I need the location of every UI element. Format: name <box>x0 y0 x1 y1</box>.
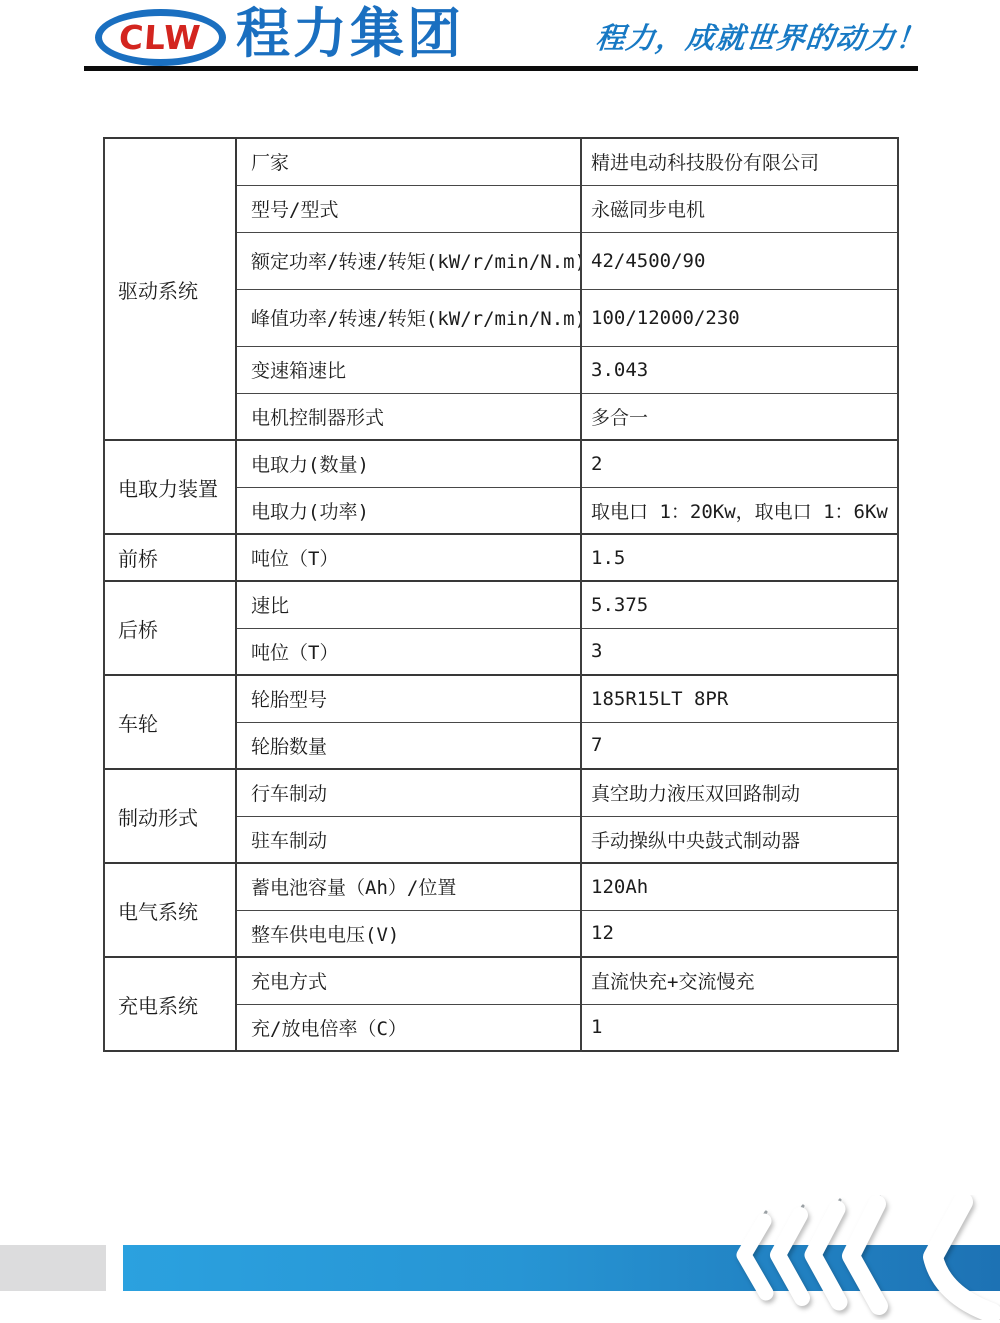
company-name: 程力集团 <box>236 4 464 63</box>
category-cell: 车轮 <box>104 675 236 769</box>
value-cell: 1.5 <box>581 534 898 581</box>
table-row: 车轮轮胎型号185R15LT 8PR <box>104 675 898 722</box>
param-cell: 电取力(功率) <box>236 487 581 534</box>
table-row: 电取力装置电取力(数量)2 <box>104 440 898 487</box>
param-cell: 吨位（T） <box>236 534 581 581</box>
value-cell: 取电口 1：20Kw，取电口 1：6Kw <box>581 487 898 534</box>
value-cell: 1 <box>581 1004 898 1051</box>
spec-sheet-page: CLW 程力集团 程力，成就世界的动力！ 驱动系统厂家精进电动科技股份有限公司型… <box>0 0 1000 1323</box>
value-cell: 多合一 <box>581 393 898 440</box>
header-divider-rule <box>84 66 918 71</box>
param-cell: 型号/型式 <box>236 185 581 232</box>
spec-table-body: 驱动系统厂家精进电动科技股份有限公司型号/型式永磁同步电机额定功率/转速/转矩(… <box>104 138 898 1051</box>
category-cell: 前桥 <box>104 534 236 581</box>
category-cell: 充电系统 <box>104 957 236 1051</box>
value-cell: 精进电动科技股份有限公司 <box>581 138 898 185</box>
table-row: 电气系统蓄电池容量（Ah）/位置120Ah <box>104 863 898 910</box>
category-cell: 电气系统 <box>104 863 236 957</box>
param-cell: 充电方式 <box>236 957 581 1004</box>
category-cell: 制动形式 <box>104 769 236 863</box>
param-cell: 电取力(数量) <box>236 440 581 487</box>
value-cell: 42/4500/90 <box>581 232 898 289</box>
clw-logo-oval: CLW <box>95 9 226 66</box>
table-row: 前桥吨位（T）1.5 <box>104 534 898 581</box>
param-cell: 整车供电电压(V) <box>236 910 581 957</box>
value-cell: 真空助力液压双回路制动 <box>581 769 898 816</box>
spec-table: 驱动系统厂家精进电动科技股份有限公司型号/型式永磁同步电机额定功率/转速/转矩(… <box>103 137 899 1052</box>
value-cell: 永磁同步电机 <box>581 185 898 232</box>
category-cell: 后桥 <box>104 581 236 675</box>
param-cell: 轮胎数量 <box>236 722 581 769</box>
category-cell: 驱动系统 <box>104 138 236 440</box>
param-cell: 驻车制动 <box>236 816 581 863</box>
chevron-arrows-decoration-icon <box>720 1195 1000 1320</box>
value-cell: 185R15LT 8PR <box>581 675 898 722</box>
param-cell: 速比 <box>236 581 581 628</box>
value-cell: 3 <box>581 628 898 675</box>
param-cell: 蓄电池容量（Ah）/位置 <box>236 863 581 910</box>
table-row: 后桥速比5.375 <box>104 581 898 628</box>
value-cell: 100/12000/230 <box>581 289 898 346</box>
value-cell: 7 <box>581 722 898 769</box>
value-cell: 12 <box>581 910 898 957</box>
category-cell: 电取力装置 <box>104 440 236 534</box>
value-cell: 3.043 <box>581 346 898 393</box>
param-cell: 峰值功率/转速/转矩(kW/r/min/N.m) <box>236 289 581 346</box>
company-slogan: 程力，成就世界的动力！ <box>594 16 938 57</box>
value-cell: 手动操纵中央鼓式制动器 <box>581 816 898 863</box>
value-cell: 2 <box>581 440 898 487</box>
footer-gray-block <box>0 1245 106 1291</box>
param-cell: 额定功率/转速/转矩(kW/r/min/N.m) <box>236 232 581 289</box>
table-row: 充电系统充电方式直流快充+交流慢充 <box>104 957 898 1004</box>
table-row: 制动形式行车制动真空助力液压双回路制动 <box>104 769 898 816</box>
param-cell: 吨位（T） <box>236 628 581 675</box>
param-cell: 轮胎型号 <box>236 675 581 722</box>
value-cell: 直流快充+交流慢充 <box>581 957 898 1004</box>
param-cell: 行车制动 <box>236 769 581 816</box>
param-cell: 充/放电倍率（C） <box>236 1004 581 1051</box>
clw-logo-text: CLW <box>118 21 202 54</box>
value-cell: 120Ah <box>581 863 898 910</box>
param-cell: 厂家 <box>236 138 581 185</box>
value-cell: 5.375 <box>581 581 898 628</box>
table-row: 驱动系统厂家精进电动科技股份有限公司 <box>104 138 898 185</box>
param-cell: 电机控制器形式 <box>236 393 581 440</box>
param-cell: 变速箱速比 <box>236 346 581 393</box>
